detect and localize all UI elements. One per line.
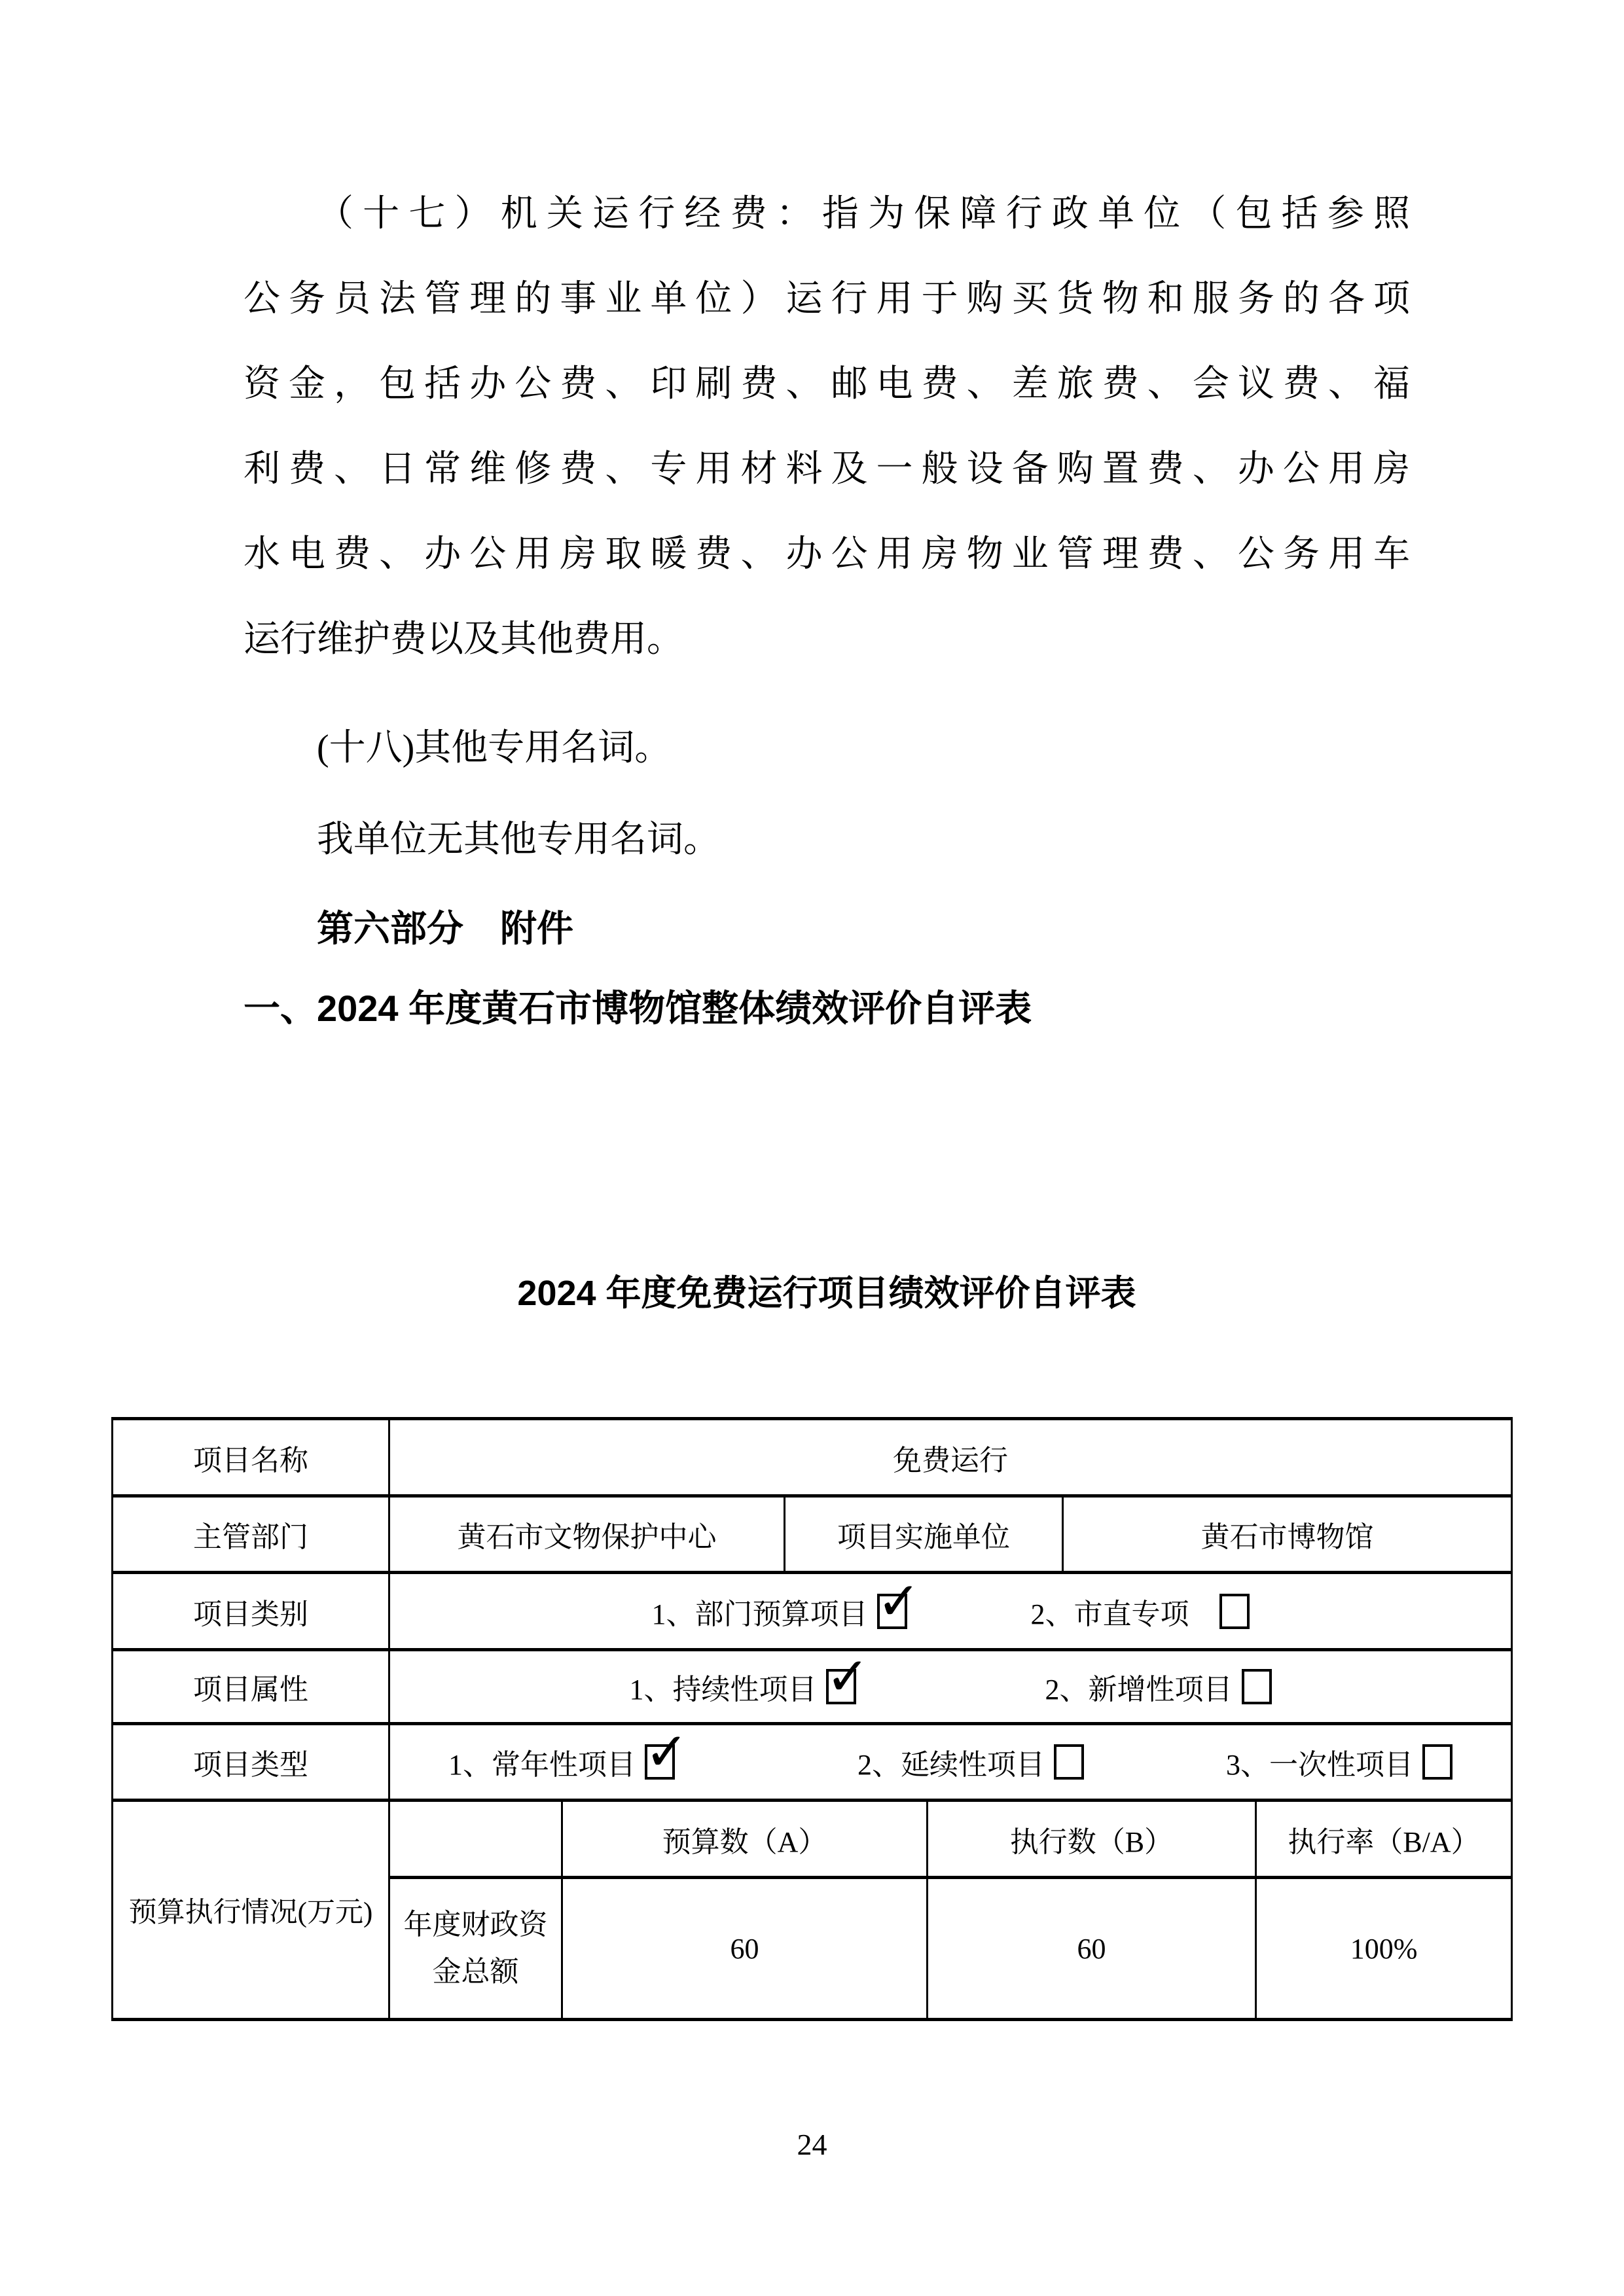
empty-cell bbox=[389, 1801, 562, 1878]
checkbox-icon[interactable] bbox=[1219, 1594, 1250, 1629]
category-option: 2、市直专项 bbox=[1031, 1598, 1250, 1630]
option-label: 3、一次性项目 bbox=[1226, 1749, 1413, 1781]
department-label: 主管部门 bbox=[113, 1496, 389, 1573]
table-row: 项目名称 免费运行 bbox=[113, 1419, 1512, 1496]
checkbox-icon[interactable] bbox=[1054, 1744, 1084, 1780]
paragraph-17-line: 资金，包括办公费、印刷费、邮电费、差旅费、会议费、福 bbox=[244, 342, 1410, 427]
heading-attachment-item: 一、2024 年度黄石市博物馆整体绩效评价自评表 bbox=[244, 969, 1410, 1049]
page-number: 24 bbox=[0, 2127, 1624, 2162]
budget-section-label: 预算执行情况(万元) bbox=[113, 1801, 389, 2020]
rate-value: 100% bbox=[1256, 1878, 1512, 2020]
option-label: 2、新增性项目 bbox=[1045, 1674, 1233, 1706]
table-row: 项目类别 1、部门预算项目 2、市直专项 bbox=[113, 1573, 1512, 1650]
option-label: 2、延续性项目 bbox=[857, 1749, 1045, 1781]
table-row: 项目类型 1、常年性项目 2、延续性项目 3、一次性项目 bbox=[113, 1724, 1512, 1801]
type-option: 1、常年性项目 bbox=[448, 1749, 675, 1781]
table-row: 项目属性 1、持续性项目 2、新增性项目 bbox=[113, 1650, 1512, 1724]
body-text-block: （十七）机关运行经费：指为保障行政单位（包括参照 公务员法管理的事业单位）运行用… bbox=[244, 171, 1410, 1323]
checkbox-icon[interactable] bbox=[645, 1744, 675, 1780]
paragraph-17-line: 运行维护费以及其他费用。 bbox=[244, 597, 1410, 682]
paragraph-17-line: 公务员法管理的事业单位）运行用于购买货物和服务的各项 bbox=[244, 257, 1410, 342]
checkbox-icon[interactable] bbox=[1242, 1669, 1272, 1704]
paragraph-17-line: 利费、日常维修费、专用材料及一般设备购置费、办公用房 bbox=[244, 427, 1410, 512]
evaluation-table: 项目名称 免费运行 主管部门 黄石市文物保护中心 项目实施单位 黄石市博物馆 项… bbox=[111, 1417, 1513, 2021]
paragraph-18: (十八)其他专用名词。 bbox=[244, 706, 1410, 791]
project-name-label: 项目名称 bbox=[113, 1419, 389, 1496]
type-option: 2、延续性项目 bbox=[857, 1749, 1084, 1781]
paragraph-17-line: 水电费、办公用房取暖费、办公用房物业管理费、公务用车 bbox=[244, 512, 1410, 597]
execution-value: 60 bbox=[928, 1878, 1256, 2020]
attribute-option: 2、新增性项目 bbox=[1045, 1674, 1272, 1706]
paragraph-no-other-terms: 我单位无其他专用名词。 bbox=[244, 797, 1410, 882]
execution-header: 执行数（B） bbox=[928, 1801, 1256, 1878]
rate-header: 执行率（B/A） bbox=[1256, 1801, 1512, 1878]
checkbox-icon[interactable] bbox=[1422, 1744, 1453, 1780]
budget-header: 预算数（A） bbox=[562, 1801, 928, 1878]
department-value: 黄石市文物保护中心 bbox=[389, 1496, 785, 1573]
budget-value: 60 bbox=[562, 1878, 928, 2020]
paragraph-17-line: （十七）机关运行经费：指为保障行政单位（包括参照 bbox=[244, 171, 1410, 257]
type-label: 项目类型 bbox=[113, 1724, 389, 1801]
category-option: 1、部门预算项目 bbox=[652, 1598, 907, 1630]
checkbox-icon[interactable] bbox=[826, 1669, 856, 1704]
implementer-label: 项目实施单位 bbox=[785, 1496, 1063, 1573]
table-title: 2024 年度免费运行项目绩效评价自评表 bbox=[244, 1263, 1410, 1323]
heading-part-six: 第六部分 附件 bbox=[244, 889, 1410, 969]
checkbox-icon[interactable] bbox=[877, 1594, 907, 1629]
type-options-cell: 1、常年性项目 2、延续性项目 3、一次性项目 bbox=[389, 1724, 1512, 1801]
attribute-options-cell: 1、持续性项目 2、新增性项目 bbox=[389, 1650, 1512, 1724]
project-name-value: 免费运行 bbox=[389, 1419, 1512, 1496]
category-label: 项目类别 bbox=[113, 1573, 389, 1650]
type-option: 3、一次性项目 bbox=[1226, 1749, 1453, 1781]
option-label: 1、部门预算项目 bbox=[652, 1598, 868, 1630]
attribute-option: 1、持续性项目 bbox=[630, 1674, 856, 1706]
table-row: 主管部门 黄石市文物保护中心 项目实施单位 黄石市博物馆 bbox=[113, 1496, 1512, 1573]
implementer-value: 黄石市博物馆 bbox=[1063, 1496, 1512, 1573]
annual-fund-label: 年度财政资金总额 bbox=[389, 1878, 562, 2020]
option-label: 2、市直专项 bbox=[1031, 1598, 1189, 1630]
category-options-cell: 1、部门预算项目 2、市直专项 bbox=[389, 1573, 1512, 1650]
table-row: 预算执行情况(万元) 预算数（A） 执行数（B） 执行率（B/A） bbox=[113, 1801, 1512, 1878]
option-label: 1、常年性项目 bbox=[448, 1749, 636, 1781]
document-page: （十七）机关运行经费：指为保障行政单位（包括参照 公务员法管理的事业单位）运行用… bbox=[0, 0, 1624, 2296]
attribute-label: 项目属性 bbox=[113, 1650, 389, 1724]
option-label: 1、持续性项目 bbox=[630, 1674, 817, 1706]
